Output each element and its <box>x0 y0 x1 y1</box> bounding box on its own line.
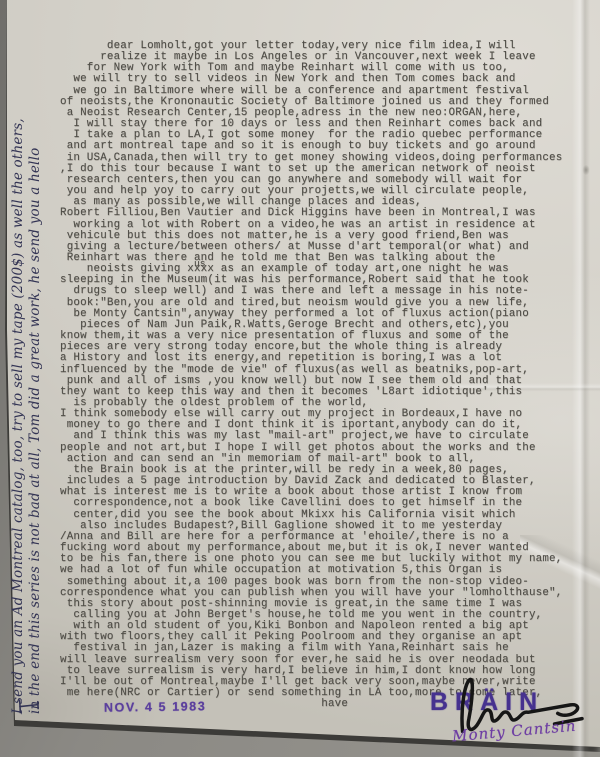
margin-note-line-1: I send you an Ad Montreal catalog, too, … <box>10 30 27 714</box>
margin-handwritten-note: I send you an Ad Montreal catalog, too, … <box>10 30 46 714</box>
overtype-correction: us <box>194 258 205 269</box>
scanned-letter-page: I send you an Ad Montreal catalog, too, … <box>0 0 600 757</box>
margin-note-line-2: in the end this series is not bad at all… <box>27 30 44 714</box>
date-stamp: NOV. 4 5 1983 <box>104 699 207 714</box>
typed-letter-text: dear Lomholt,got your letter today,very … <box>60 41 562 710</box>
corner-pen-mark-icon <box>15 695 46 717</box>
